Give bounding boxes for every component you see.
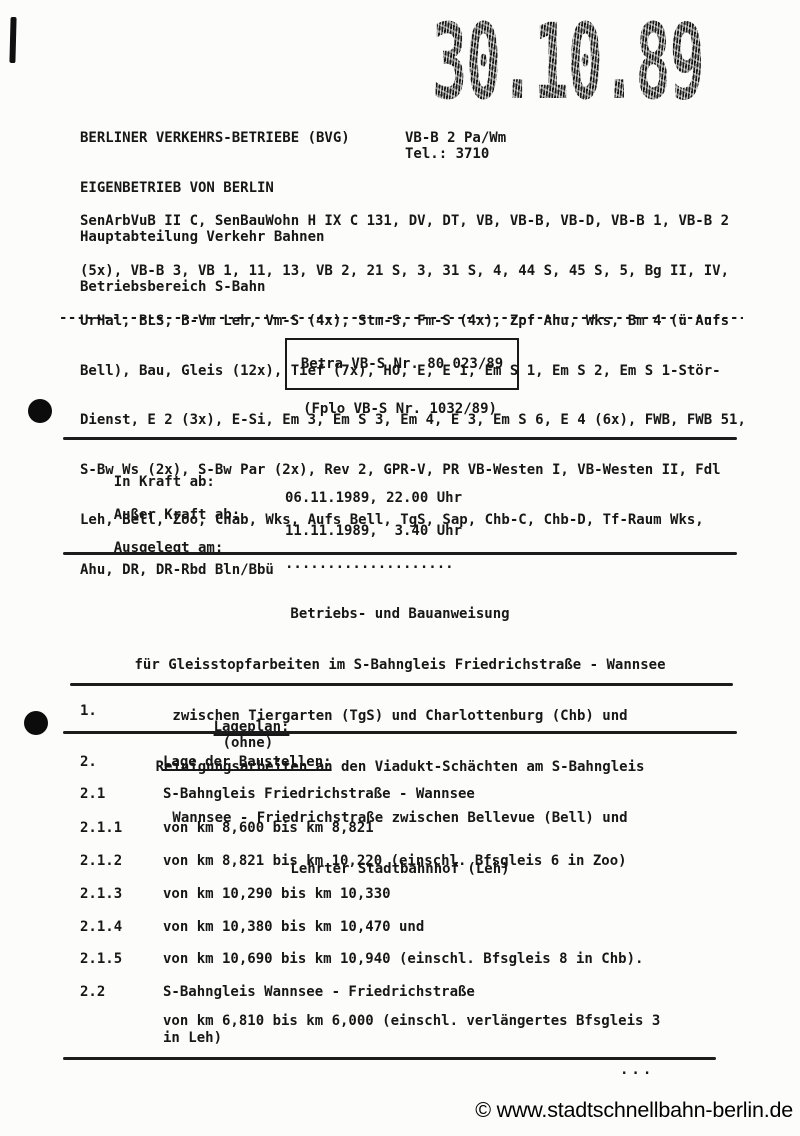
item-number: 2.2 — [80, 984, 105, 1000]
section-note: (ohne) — [223, 735, 274, 751]
website-watermark: © www.stadtschnellbahn-berlin.de — [475, 1098, 793, 1123]
horizontal-rule — [63, 437, 737, 440]
section-item: 2.2 S-Bahngleis Wannsee - Friedrichstraß… — [0, 984, 800, 1002]
item-number: 2.1 — [80, 786, 105, 802]
title-line: Betriebs- und Bauanweisung — [60, 606, 740, 623]
item-text: S-Bahngleis Friedrichstraße - Wannsee — [163, 786, 475, 802]
dashed-separator: ----------------------------------------… — [59, 310, 743, 328]
item-text: von km 10,690 bis km 10,940 (einschl. Bf… — [163, 951, 643, 967]
section-item: 2.1.1 von km 8,600 bis km 8,821 — [0, 820, 800, 838]
item-text: von km 6,810 bis km 6,000 (einschl. verl… — [163, 1013, 660, 1047]
betra-number-box: Betra VB-S Nr. 80 023/89 — [285, 338, 519, 390]
horizontal-rule — [63, 1057, 716, 1060]
item-text: von km 10,290 bis km 10,330 — [163, 886, 391, 902]
fplo-number-line: (Fplo VB-S Nr. 1032/89) — [200, 401, 600, 417]
section-1-lageplan: 1. Lageplan: (ohne) — [0, 703, 800, 721]
section-item: 2.1.4 von km 10,380 bis km 10,470 und — [0, 919, 800, 937]
item-number: 2.1.2 — [80, 853, 122, 869]
item-text: von km 10,380 bis km 10,470 und — [163, 919, 424, 935]
item-text: von km 8,821 bis km 10,220 (einschl. Bfs… — [163, 853, 627, 869]
item-number: 2.1.1 — [80, 820, 122, 836]
validity-value-dotted-blank: .................... — [285, 556, 454, 572]
section-item: 2.1 S-Bahngleis Friedrichstraße - Wannse… — [0, 786, 800, 804]
section-item: 2.1.3 von km 10,290 bis km 10,330 — [0, 886, 800, 904]
section-number: 2. — [80, 754, 97, 770]
telephone-reference: Tel.: 3710 — [405, 146, 489, 162]
scan-edge-mark — [9, 17, 16, 63]
item-text: S-Bahngleis Wannsee - Friedrichstraße — [163, 984, 475, 1000]
item-number: 2.1.5 — [80, 951, 122, 967]
validity-label: Außer Kraft ab: — [114, 507, 240, 523]
hole-punch-top — [28, 399, 52, 423]
distribution-line: SenArbVuB II C, SenBauWohn H IX C 131, D… — [80, 213, 746, 230]
title-line: für Gleisstopfarbeiten im S-Bahngleis Fr… — [60, 657, 740, 674]
section-item: 2.1.2 von km 8,821 bis km 10,220 (einsch… — [0, 853, 800, 871]
reference-code: VB-B 2 Pa/Wm — [405, 130, 506, 146]
section-number: 1. — [80, 703, 97, 719]
horizontal-rule — [63, 552, 737, 555]
item-text: von km 8,600 bis km 8,821 — [163, 820, 374, 836]
item-number: 2.1.3 — [80, 886, 122, 902]
date-stamp: 30.10.89 — [432, 10, 704, 114]
item-number: 2.1.4 — [80, 919, 122, 935]
validity-label: In Kraft ab: — [114, 474, 215, 490]
scanned-document-page: 30.10.89 BERLINER VERKEHRS-BETRIEBE (BVG… — [0, 0, 800, 1136]
section-item-continuation: von km 6,810 bis km 6,000 (einschl. verl… — [0, 1013, 800, 1031]
org-name-line: BERLINER VERKEHRS-BETRIEBE (BVG) — [80, 130, 350, 147]
distribution-line: (5x), VB-B 3, VB 1, 11, 13, VB 2, 21 S, … — [80, 263, 746, 280]
continuation-dots: ... — [620, 1062, 654, 1078]
horizontal-rule — [63, 731, 737, 734]
horizontal-rule — [70, 683, 733, 686]
section-2-baustellen: 2. Lage der Baustellen: — [0, 754, 800, 772]
section-heading: Lage der Baustellen: — [163, 754, 332, 770]
section-item: 2.1.5 von km 10,690 bis km 10,940 (einsc… — [0, 951, 800, 969]
